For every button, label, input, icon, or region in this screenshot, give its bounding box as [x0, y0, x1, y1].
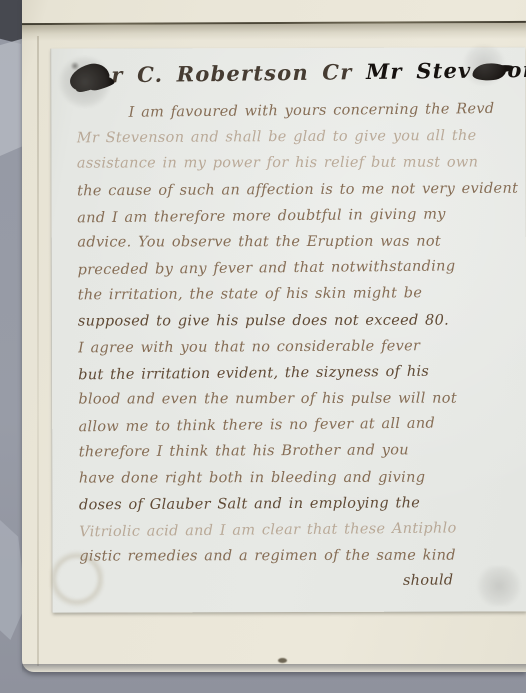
- page-left-crease: [37, 36, 39, 666]
- letter-line: supposed to give his pulse does not exce…: [78, 307, 526, 334]
- letter-line: the irritation, the state of his skin mi…: [78, 280, 526, 309]
- letter-line: I agree with you that no considerable fe…: [78, 332, 526, 361]
- heading-subject-end: on: [507, 57, 526, 82]
- ink-blot-icon: [67, 60, 112, 94]
- letter-line: but the irritation evident, the sizyness…: [78, 357, 526, 388]
- letter-line: blood and even the number of his pulse w…: [78, 385, 526, 412]
- fold-crease: [22, 21, 526, 47]
- letter-line: assistance in my power for his relief bu…: [77, 150, 525, 177]
- manuscript-photo: r C. Robertson Cr Mr Stevon I am favoure…: [0, 0, 526, 693]
- letter-line: Vitriolic acid and I am clear that these…: [79, 515, 526, 546]
- letter-line: therefore I think that his Brother and y…: [79, 437, 526, 466]
- letter-line: doses of Glauber Salt and in employing t…: [79, 489, 526, 518]
- letter-heading: r C. Robertson Cr Mr Stevon: [69, 53, 519, 95]
- letter-line: advice. You observe that the Eruption wa…: [77, 228, 525, 255]
- letter-line: gistic remedies and a regimen of the sam…: [79, 543, 526, 570]
- catchword: should: [79, 567, 526, 598]
- letter-line: and I am therefore more doubtful in givi…: [77, 200, 525, 231]
- heading-subject: Mr Stev: [352, 58, 471, 85]
- letter-paper: r C. Robertson Cr Mr Stevon I am favoure…: [51, 47, 526, 612]
- ink-blot-icon: [472, 62, 508, 82]
- crease-shadow: [22, 23, 526, 41]
- letter-line: Mr Stevenson and shall be glad to give y…: [77, 123, 525, 152]
- heading-addressee: r C. Robertson Cr: [111, 59, 353, 87]
- letter-line: have done right both in bleeding and giv…: [79, 464, 526, 491]
- letter-line: preceded by any fever and that notwithst…: [77, 253, 525, 284]
- letter-body: I am favoured with yours concerning the …: [77, 97, 526, 597]
- page-edge-shadow: [22, 664, 526, 673]
- letter-line: the cause of such an affection is to me …: [77, 175, 525, 204]
- letter-line: I am favoured with yours concerning the …: [76, 96, 524, 127]
- letter-line: allow me to think there is no fever at a…: [78, 410, 526, 441]
